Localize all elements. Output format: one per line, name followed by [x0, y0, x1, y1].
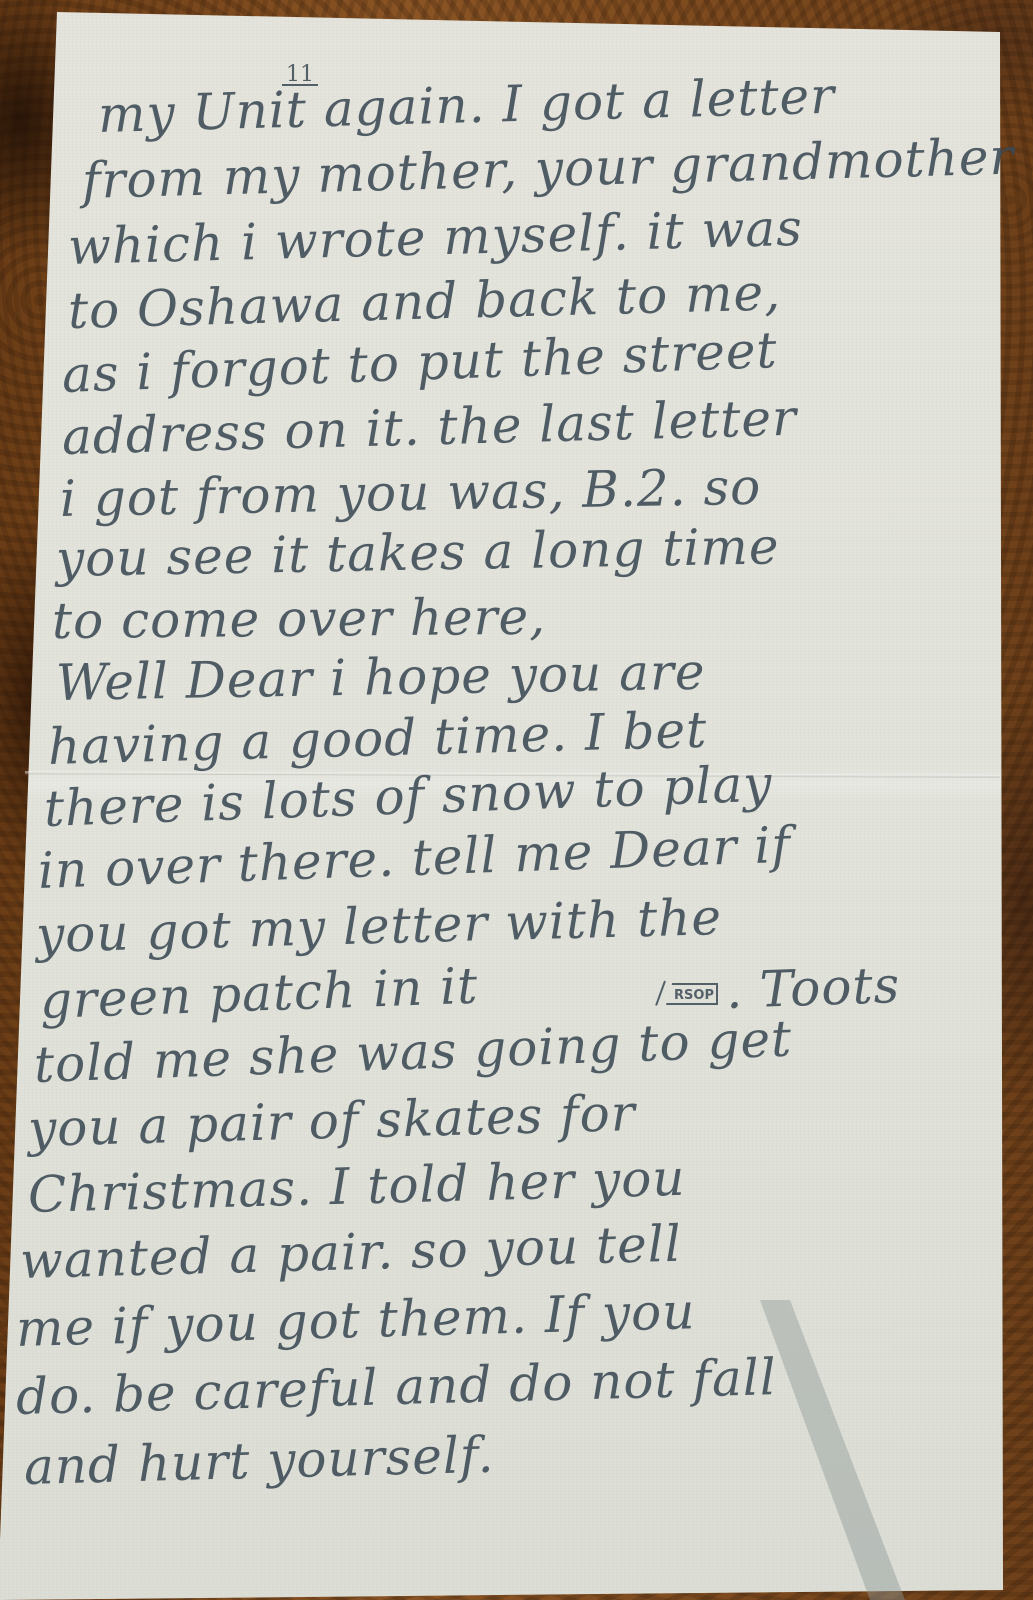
- letter-line-19: wanted a pair. so you tell: [19, 1215, 682, 1290]
- letter-line-9: to come over here,: [52, 588, 547, 650]
- letter-line-20: me if you got them. If you: [15, 1282, 696, 1358]
- letter-line-14: you got my letter with the: [35, 888, 722, 964]
- letter-line-3: which i wrote myself. it was: [67, 199, 803, 276]
- green-patch-sketch: RSOP: [666, 983, 718, 1005]
- handwritten-letter: 11 my Unit again. I got a letter from my…: [0, 0, 1033, 1600]
- letter-line-18: Christmas. I told her you: [27, 1149, 686, 1224]
- letter-line-8: you see it takes a long time: [55, 517, 779, 588]
- letter-line-7: i got from you was, B.2. so: [59, 458, 761, 528]
- letter-line-21: do. be careful and do not fall: [15, 1348, 777, 1426]
- letter-line-17: you a pair of skates for: [27, 1084, 636, 1158]
- letter-line-10: Well Dear i hope you are: [55, 643, 705, 712]
- letter-line-6: address on it. the last letter: [61, 389, 797, 466]
- patch-sketch-edge: [655, 981, 666, 1006]
- letter-line-1: my Unit again. I got a letter: [97, 67, 835, 144]
- letter-line-15: green patch in it: [39, 957, 479, 1030]
- letter-line-22: and hurt yourself.: [23, 1426, 495, 1496]
